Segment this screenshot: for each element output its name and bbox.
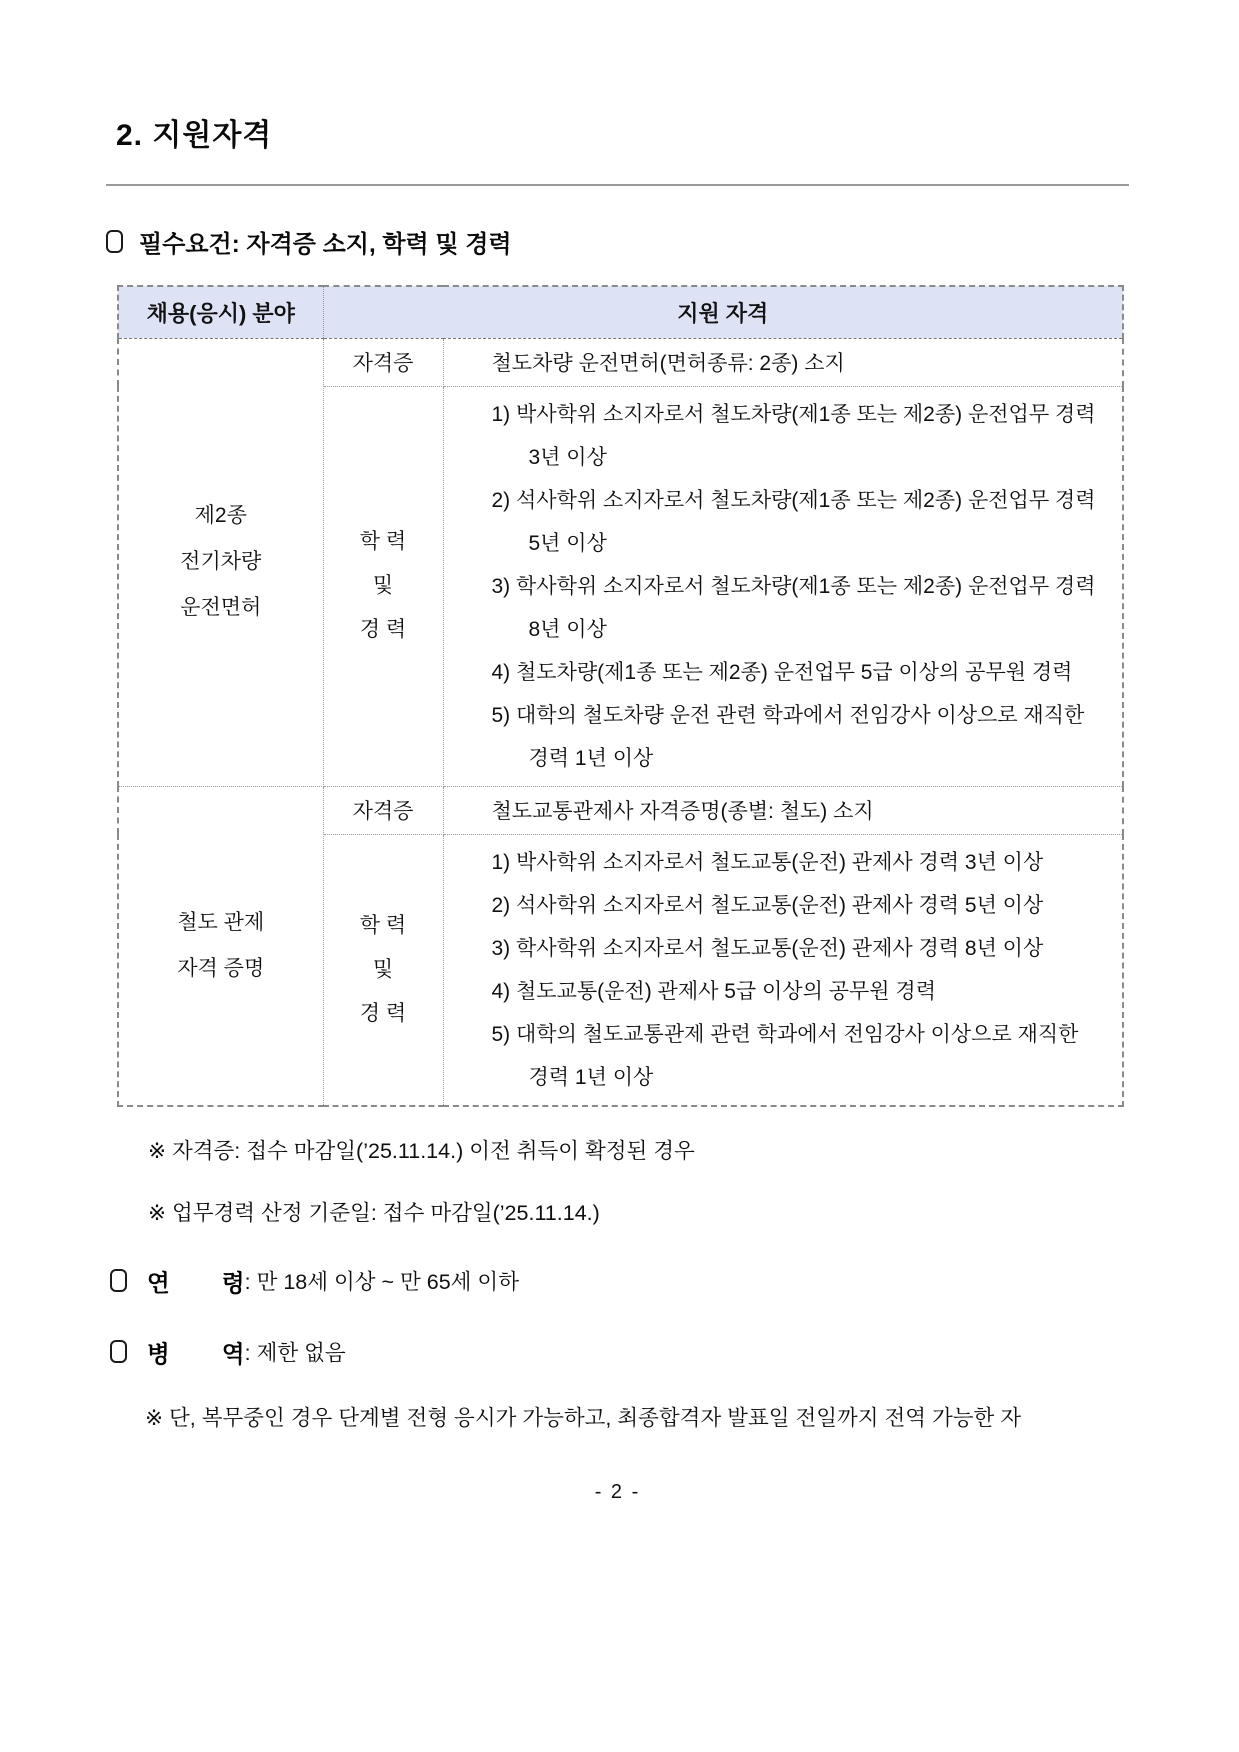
field-line: 제2종 <box>119 493 323 539</box>
list-item: 4) 철도교통(운전) 관제사 5급 이상의 공무원 경력 <box>492 970 1117 1013</box>
list-item: 4) 철도차량(제1종 또는 제2종) 운전업무 5급 이상의 공무원 경력 <box>492 651 1117 694</box>
list-item: 3) 학사학위 소지자로서 철도차량(제1종 또는 제2종) 운전업무 경력 8… <box>492 565 1117 651</box>
list-item: 5) 대학의 철도교통관제 관련 학과에서 전임강사 이상으로 재직한 경력 1… <box>492 1013 1117 1099</box>
requirement-heading-row: 필수요건: 자격증 소지, 학력 및 경력 <box>106 224 1129 259</box>
requirement-heading: 필수요건: 자격증 소지, 학력 및 경력 <box>139 224 512 259</box>
page-number: - 2 - <box>106 1481 1129 1504</box>
table-row: 철도 관제 자격 증명 자격증 철도교통관제사 자격증명(종별: 철도) 소지 <box>118 786 1123 834</box>
edu-label-line: 경 력 <box>324 608 443 652</box>
table-row: 제2종 전기차량 운전면허 자격증 철도차량 운전면허(면허종류: 2종) 소지 <box>118 338 1123 386</box>
edu-label-cell: 학 력 및 경 력 <box>323 834 443 1106</box>
header-field-column: 채용(응시) 분야 <box>118 286 323 338</box>
military-value: : 제한 없음 <box>245 1336 346 1367</box>
cert-value-cell: 철도교통관제사 자격증명(종별: 철도) 소지 <box>443 786 1123 834</box>
field-line: 철도 관제 <box>119 900 323 946</box>
edu-items-cell: 1) 박사학위 소지자로서 철도교통(운전) 관제사 경력 3년 이상 2) 석… <box>443 834 1123 1106</box>
age-row: 연 령 : 만 18세 이상 ~ 만 65세 이하 <box>110 1264 1129 1298</box>
table-header-row: 채용(응시) 분야 지원 자격 <box>118 286 1123 338</box>
military-row: 병 역 : 제한 없음 <box>110 1335 1129 1369</box>
checkbox-icon <box>106 230 123 253</box>
field-line: 전기차량 <box>119 539 323 585</box>
military-label: 병 역 <box>147 1335 245 1369</box>
list-item: 2) 석사학위 소지자로서 철도차량(제1종 또는 제2종) 운전업무 경력 5… <box>492 479 1117 565</box>
list-item: 3) 학사학위 소지자로서 철도교통(운전) 관제사 경력 8년 이상 <box>492 927 1117 970</box>
military-service-note: ※ 단, 복무중인 경우 단계별 전형 응시가 가능하고, 최종합격자 발표일 … <box>145 1390 1090 1447</box>
qualification-table: 채용(응시) 분야 지원 자격 제2종 전기차량 운전면허 자격증 철도차량 운… <box>117 285 1124 1107</box>
cert-label-cell: 자격증 <box>323 338 443 386</box>
checkbox-icon <box>110 1269 127 1292</box>
document-page: 2. 지원자격 필수요건: 자격증 소지, 학력 및 경력 채용(응시) 분야 … <box>0 0 1239 1752</box>
edu-label-cell: 학 력 및 경 력 <box>323 386 443 786</box>
field-line: 자격 증명 <box>119 946 323 992</box>
edu-label-line: 및 <box>324 948 443 992</box>
experience-basis-note: ※ 업무경력 산정 기준일: 접수 마감일(’25.11.14.) <box>148 1197 1129 1230</box>
field-line: 운전면허 <box>119 585 323 631</box>
checkbox-icon <box>110 1340 127 1363</box>
edu-label-line: 학 력 <box>324 520 443 564</box>
edu-label-line: 경 력 <box>324 992 443 1036</box>
title-divider <box>106 184 1129 186</box>
age-label: 연 령 <box>147 1264 245 1298</box>
header-qualification-column: 지원 자격 <box>323 286 1123 338</box>
edu-label-line: 및 <box>324 564 443 608</box>
cert-value-cell: 철도차량 운전면허(면허종류: 2종) 소지 <box>443 338 1123 386</box>
list-item: 5) 대학의 철도차량 운전 관련 학과에서 전임강사 이상으로 재직한 경력 … <box>492 694 1117 780</box>
field-cell-section1: 제2종 전기차량 운전면허 <box>118 338 323 786</box>
cert-deadline-note: ※ 자격증: 접수 마감일(’25.11.14.) 이전 취득이 확정된 경우 <box>148 1135 1129 1168</box>
edu-label-line: 학 력 <box>324 904 443 948</box>
list-item: 1) 박사학위 소지자로서 철도교통(운전) 관제사 경력 3년 이상 <box>492 841 1117 884</box>
page-title: 2. 지원자격 <box>116 114 1129 158</box>
list-item: 2) 석사학위 소지자로서 철도교통(운전) 관제사 경력 5년 이상 <box>492 884 1117 927</box>
age-value: : 만 18세 이상 ~ 만 65세 이하 <box>245 1265 519 1296</box>
list-item: 1) 박사학위 소지자로서 철도차량(제1종 또는 제2종) 운전업무 경력 3… <box>492 393 1117 479</box>
field-cell-section2: 철도 관제 자격 증명 <box>118 786 323 1106</box>
edu-items-cell: 1) 박사학위 소지자로서 철도차량(제1종 또는 제2종) 운전업무 경력 3… <box>443 386 1123 786</box>
cert-label-cell: 자격증 <box>323 786 443 834</box>
